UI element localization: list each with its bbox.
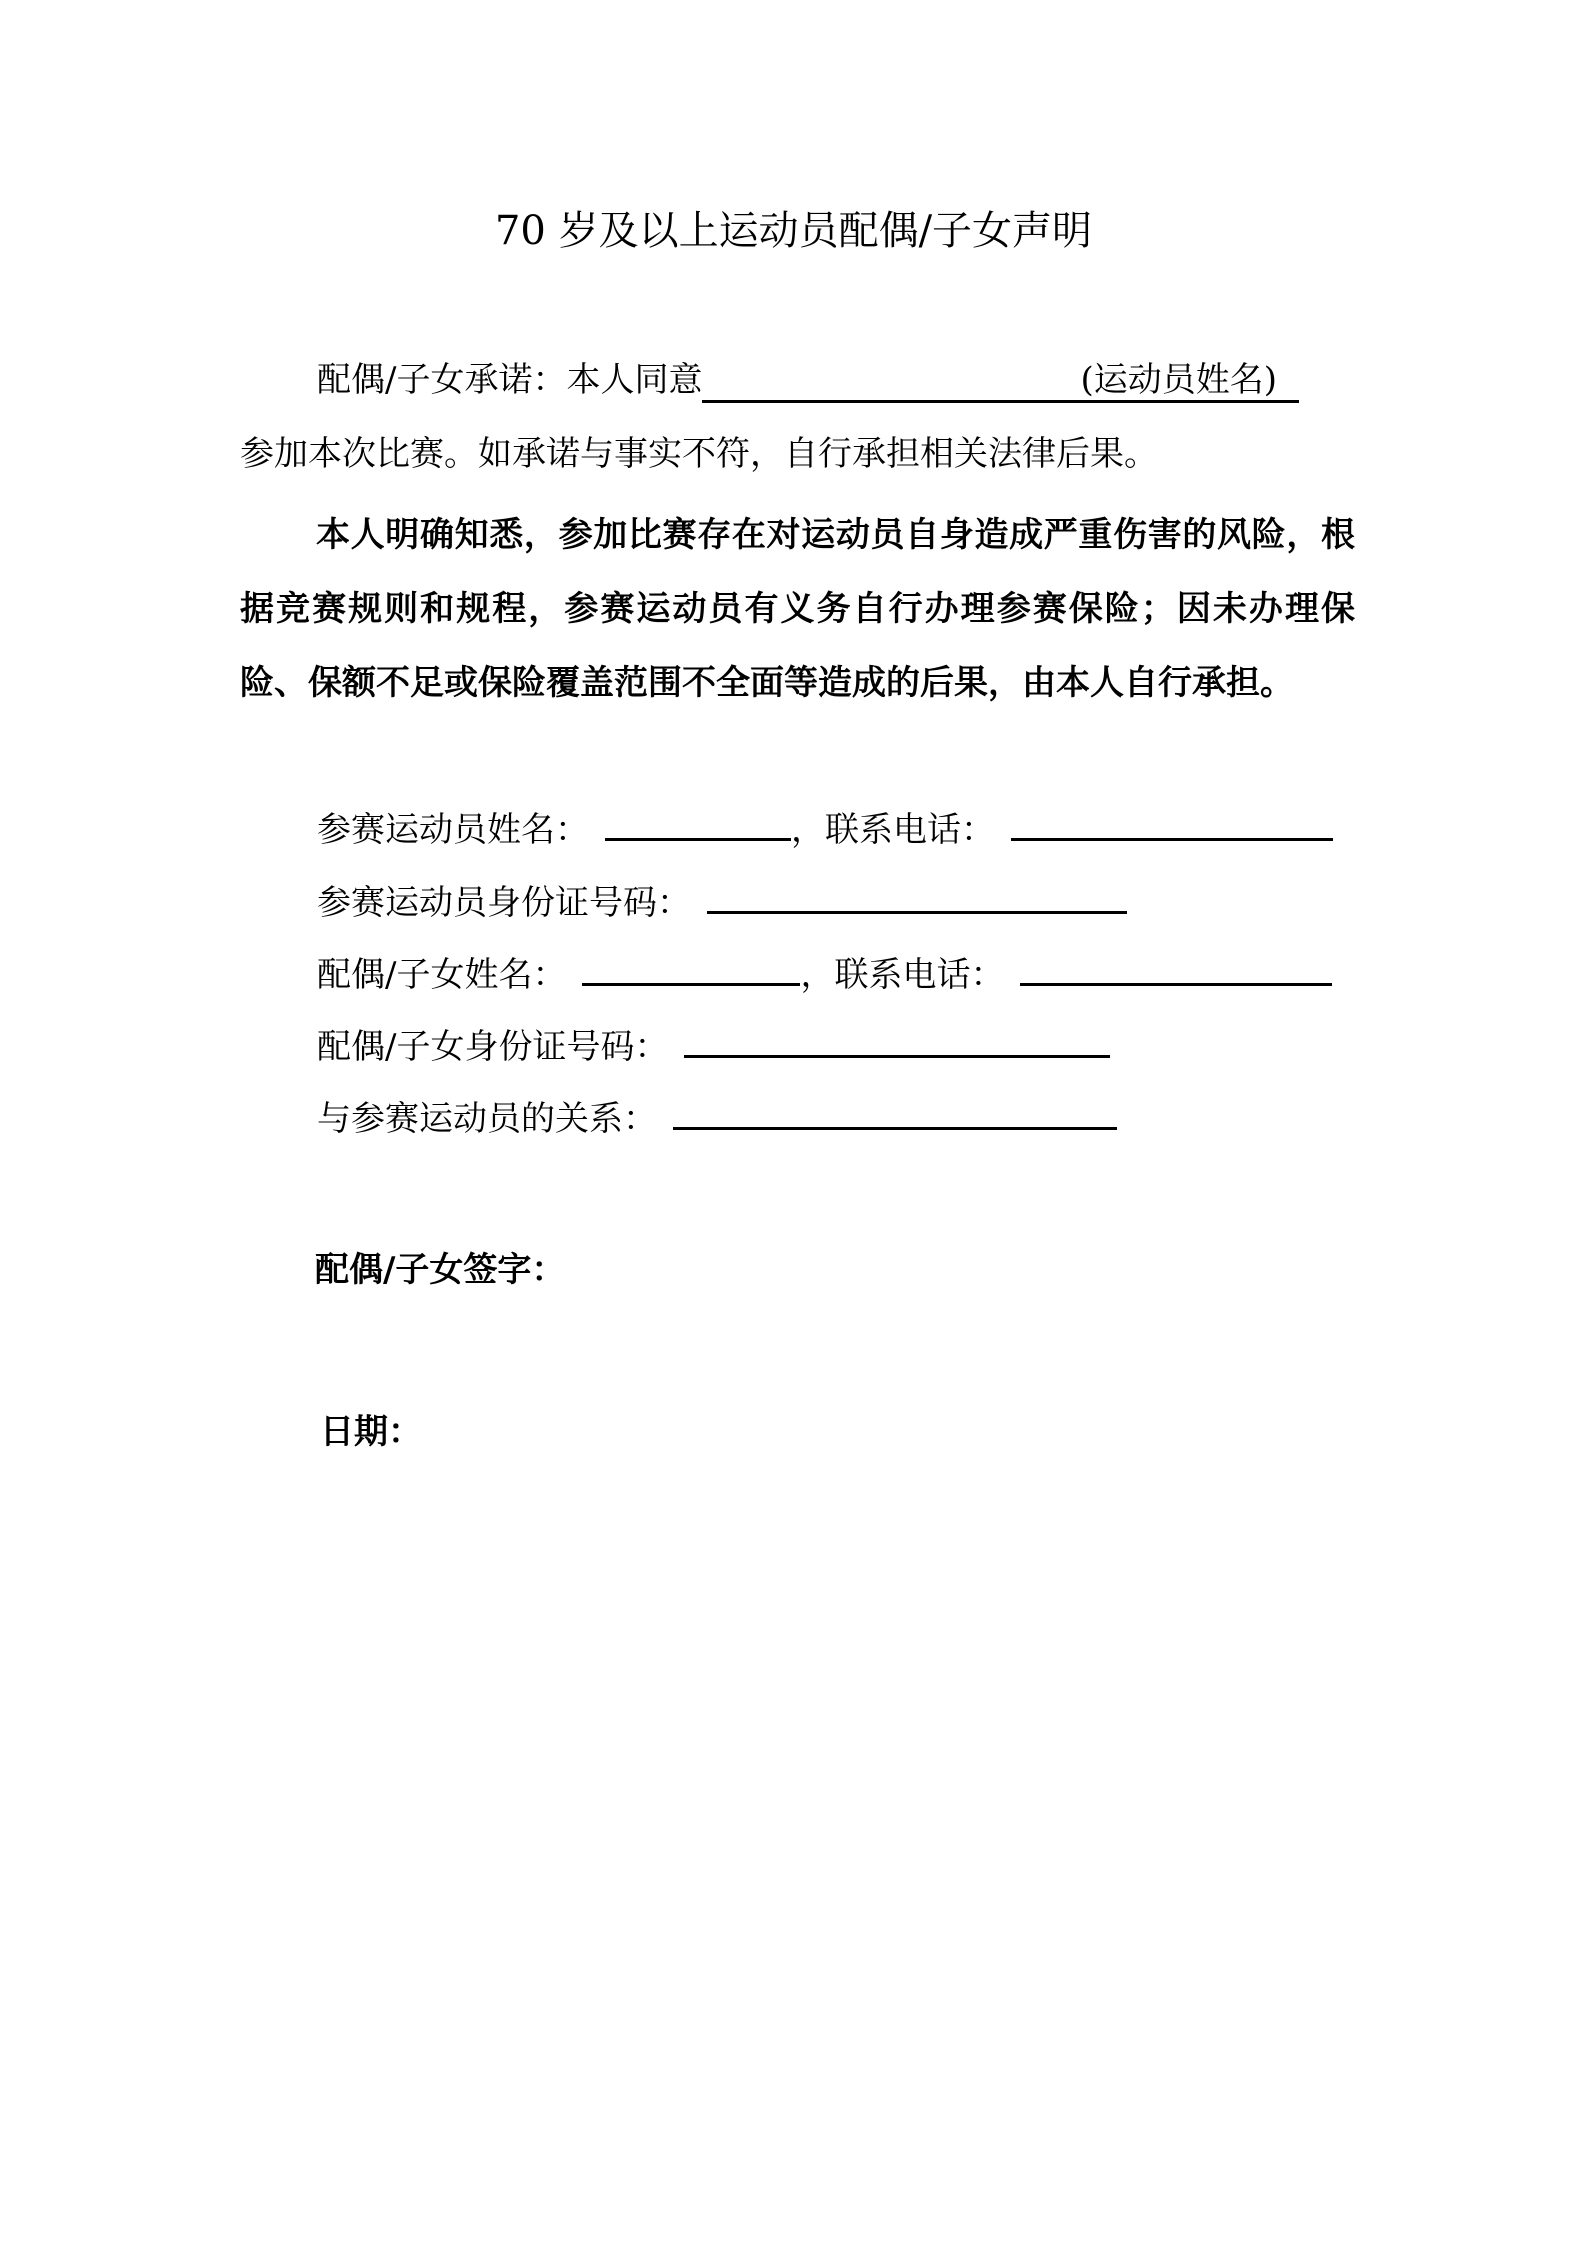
pledge-prefix: 配偶/子女承诺：本人同意 (317, 360, 702, 400)
relative-id-label: 配偶/子女身份证号码： (317, 1027, 668, 1067)
pledge-line: 配偶/子女承诺：本人同意(运动员姓名) (317, 358, 1299, 403)
athlete-name-pledge-blank[interactable]: (运动员姓名) (702, 360, 1299, 403)
athlete-name-hint: (运动员姓名) (1080, 360, 1299, 400)
date-area[interactable] (410, 1402, 810, 1462)
relationship-label: 与参赛运动员的关系： (317, 1099, 657, 1139)
pledge-continuation: 参加本次比赛。如承诺与事实不符，自行承担相关法律后果。 (240, 432, 1158, 476)
athlete-id-field[interactable] (707, 877, 1127, 914)
relative-id-field[interactable] (684, 1021, 1110, 1058)
relationship-row: 与参赛运动员的关系： (317, 1093, 1117, 1141)
relative-phone-label: ，联系电话： (800, 955, 1004, 995)
relative-name-label: 配偶/子女姓名： (317, 955, 566, 995)
relationship-field[interactable] (673, 1093, 1117, 1130)
relative-name-field[interactable] (582, 949, 800, 986)
athlete-name-label: 参赛运动员姓名： (317, 810, 589, 850)
athlete-id-label: 参赛运动员身份证号码： (317, 883, 691, 923)
athlete-name-field[interactable] (605, 804, 791, 841)
relative-id-row: 配偶/子女身份证号码： (317, 1021, 1110, 1069)
relative-name-row: 配偶/子女姓名：，联系电话： (317, 949, 1332, 997)
risk-acknowledgement: 本人明确知悉，参加比赛存在对运动员自身造成严重伤害的风险，根据竞赛规则和规程，参… (240, 498, 1355, 720)
relative-phone-field[interactable] (1020, 949, 1332, 986)
athlete-name-row: 参赛运动员姓名：，联系电话： (317, 804, 1333, 852)
signature-area[interactable] (565, 1240, 1065, 1300)
athlete-phone-field[interactable] (1011, 804, 1333, 841)
document-page: 70 岁及以上运动员配偶/子女声明 配偶/子女承诺：本人同意(运动员姓名) 参加… (0, 0, 1587, 2245)
signature-label: 配偶/子女签字： (315, 1248, 565, 1292)
athlete-id-row: 参赛运动员身份证号码： (317, 877, 1127, 925)
athlete-phone-label: ，联系电话： (791, 810, 995, 850)
date-label: 日期： (320, 1410, 422, 1454)
document-title: 70 岁及以上运动员配偶/子女声明 (0, 205, 1587, 257)
